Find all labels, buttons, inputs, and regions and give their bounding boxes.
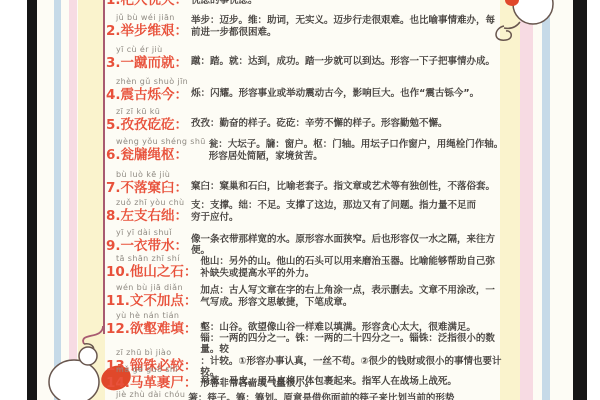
- definition-line: 形容居处简陋，家境贫苦。: [209, 151, 505, 162]
- idiom-entry-2: jǔ bù wéi jiān2.举步维艰：举步：迈步。维：助词，无实义。迈步行走…: [106, 13, 505, 40]
- idiom-head: zī zī kū kū5.孜孜矻矻：: [106, 107, 188, 134]
- idiom-colon: ：: [175, 87, 189, 103]
- stripe-pink-left: [69, 0, 77, 400]
- idiom-word: 孜孜矻矻: [121, 117, 175, 133]
- idiom-number: 1.: [106, 0, 121, 8]
- idiom-entry-8: zuǒ zhī yòu chù8.左支右绌：支：支撑。绌：不足。支撑了这边，那边…: [106, 198, 505, 225]
- idiom-label: 4.震古烁今：: [106, 87, 188, 104]
- idiom-head: yī yī dài shuǐ9.一衣带水：: [106, 228, 188, 255]
- definition-line: 他山：另外的山。他山的石头可以用来磨治玉器。比喻能够帮助自己弥: [200, 256, 505, 267]
- idiom-number: 4.: [106, 87, 121, 103]
- idiom-pinyin: yù hè nán tián: [106, 311, 197, 321]
- idiom-pinyin: zuǒ zhī yòu chù: [106, 198, 188, 208]
- frame-left-bar: [27, 0, 37, 400]
- idiom-pinyin: bù luò kē jiù: [106, 170, 188, 180]
- idiom-number: 11.: [106, 293, 130, 309]
- idiom-pinyin: jǔ bù wéi jiān: [106, 13, 188, 23]
- idiom-entry-7: bù luò kē jiù7.不落窠臼：窠臼：窠巢和石臼，比喻老套子。指文章或艺…: [106, 170, 505, 197]
- idiom-number: 5.: [106, 117, 121, 133]
- idiom-number: 10.: [106, 264, 130, 280]
- idiom-word: 举步维艰: [121, 23, 175, 39]
- definition-line: 忧虑的事忧虑。: [191, 0, 505, 6]
- idiom-head: jǔ bù wéi jiān2.举步维艰：: [106, 13, 188, 40]
- idiom-head: bù luò kē jiù7.不落窠臼：: [106, 170, 188, 197]
- definition-line: 窠臼：窠巢和石臼，比喻老套子。指文章或艺术等有独创性，不落俗套。: [191, 181, 505, 192]
- idiom-label: 8.左支右绌：: [106, 208, 188, 225]
- stripe-blue-left: [54, 0, 61, 400]
- idiom-definition: 壑：山谷。欲望像山谷一样难以填满。形容贪心太大，很难满足。: [200, 315, 505, 333]
- idiom-word: 左支右绌: [121, 208, 175, 224]
- idiom-label: 5.孜孜矻矻：: [106, 117, 188, 134]
- idiom-label: 2.举步维艰：: [106, 23, 188, 40]
- idiom-entry-3: yī cù ér jiù3.一蹴而就：蹴：踏。就：达到，成功。踏一步就可以到达。…: [106, 45, 505, 72]
- idiom-word: 杞人忧天: [121, 0, 175, 8]
- definition-line: 箸：筷子。筹：筹划。原意是借你面前的筷子来比划当前的形势: [188, 393, 505, 400]
- idiom-definition: 马革：马皮。用马皮将尸体包裹起来。指军人在战场上战死。: [200, 369, 505, 387]
- idiom-label: 3.一蹴而就：: [106, 55, 188, 72]
- idiom-word: 他山之石: [130, 264, 184, 280]
- frame-right-bar: [573, 0, 587, 400]
- idiom-entry-15: jiè zhù dài chóu箸：筷子。筹：筹划。原意是借你面前的筷子来比划当…: [106, 386, 505, 400]
- idiom-definition: 他山：另外的山。他山的石头可以用来磨治玉器。比喻能够帮助自己弥补缺失或提高水平的…: [200, 256, 505, 279]
- idiom-entry-10: tā shān zhī shí10.他山之石：他山：另外的山。他山的石头可以用来…: [106, 254, 505, 281]
- idiom-pinyin: wén bù jiā diǎn: [106, 283, 197, 293]
- idiom-number: 3.: [106, 55, 121, 71]
- definition-line: 孜孜：勤奋的样子。矻矻：辛劳不懈的样子。形容勤勉不懈。: [191, 118, 505, 129]
- idiom-entry-6: wèng yǒu shéng shū6.瓮牖绳枢：瓮：大坛子。牖：窗户。枢：门轴…: [106, 137, 505, 164]
- idiom-definition: 烁：闪耀。形容事业或举动震动古今，影响巨大。也作“震古铄今”。: [191, 81, 505, 99]
- idiom-entry-1: 1.杞人忧天：忧虑的事忧虑。: [106, 0, 505, 9]
- idiom-number: 7.: [106, 180, 121, 196]
- idiom-entry-5: zī zī kū kū5.孜孜矻矻：孜孜：勤奋的样子。矻矻：辛劳不懈的样子。形容…: [106, 107, 505, 134]
- definition-line: 气写成。形容文思敏捷，下笔成章。: [200, 297, 505, 308]
- definition-line: 加点：古人写文章在字的右上角涂一点，表示删去。文章不用涂改，一: [200, 285, 505, 296]
- idiom-definition: 支：支撑。绌：不足。支撑了这边，那边又有了问题。指力量不足而穷于应付。: [191, 200, 505, 223]
- definition-line: 支：支撑。绌：不足。支撑了这边，那边又有了问题。指力量不足而: [191, 200, 505, 211]
- definition-line: 穷于应付。: [191, 212, 505, 223]
- idiom-study-sheet: 1.杞人忧天：忧虑的事忧虑。jǔ bù wéi jiān2.举步维艰：举步：迈步…: [0, 0, 600, 400]
- idiom-word: 震古烁今: [121, 87, 175, 103]
- idiom-number: 2.: [106, 23, 121, 39]
- hanging-string-left: [103, 0, 105, 334]
- idiom-head: tā shān zhī shí10.他山之石：: [106, 254, 197, 281]
- idiom-word: 瓮牖绳枢: [121, 147, 175, 163]
- definition-line: 壑：山谷。欲望像山谷一样难以填满。形容贪心太大，很难满足。: [200, 322, 505, 333]
- stripe-blue-right: [542, 0, 550, 400]
- idiom-colon: ：: [175, 208, 189, 224]
- idiom-pinyin: zī zhū bì jiào: [106, 348, 197, 358]
- idiom-word: 一衣带水: [121, 238, 175, 254]
- idiom-number: 8.: [106, 208, 121, 224]
- idiom-head: 1.杞人忧天：: [106, 0, 188, 9]
- idiom-definition: 举步：迈步。维：助词，无实义。迈步行走很艰难。也比喻事情难办，每前进一步都很困难…: [191, 15, 505, 38]
- outer-margin-right: [587, 0, 600, 400]
- idiom-word: 不落窠臼: [121, 180, 175, 196]
- stripe-pink-right: [520, 0, 533, 400]
- definition-line: 锱：一两的四分之一。铢：一两的二十四分之一。锱铢：泛指很小的数量。较: [200, 333, 505, 356]
- idiom-head: yī cù ér jiù3.一蹴而就：: [106, 45, 188, 72]
- idiom-definition: 孜孜：勤奋的样子。矻矻：辛劳不懈的样子。形容勤勉不懈。: [191, 111, 505, 129]
- definition-line: 瓮：大坛子。牖：窗户。枢：门轴。用坛子口作窗户，用绳栓门作轴。: [209, 139, 505, 150]
- idiom-definition: 加点：古人写文章在字的右上角涂一点，表示删去。文章不用涂改，一气写成。形容文思敏…: [200, 285, 505, 308]
- band-yellow-left: [78, 0, 105, 400]
- idiom-label: 1.杞人忧天：: [106, 0, 188, 9]
- idiom-definition: 忧虑的事忧虑。: [191, 0, 505, 6]
- idiom-definition: 蹴：踏。就：达到，成功。踏一步就可以到达。形容一下子把事情办成。: [191, 49, 505, 67]
- idiom-colon: ：: [184, 264, 198, 280]
- idiom-head: wèng yǒu shéng shū6.瓮牖绳枢：: [106, 137, 206, 164]
- idiom-label: 9.一衣带水：: [106, 238, 188, 255]
- idiom-word: 一蹴而就: [121, 55, 175, 71]
- idiom-pinyin: yī yī dài shuǐ: [106, 228, 188, 238]
- idiom-label: 10.他山之石：: [106, 264, 197, 281]
- idiom-pinyin: jiè zhù dài chóu: [106, 390, 185, 400]
- outer-margin-left: [0, 0, 27, 400]
- idiom-label: 11.文不加点：: [106, 293, 197, 310]
- idiom-label: 6.瓮牖绳枢：: [106, 147, 206, 164]
- idiom-head: wén bù jiā diǎn11.文不加点：: [106, 283, 197, 310]
- idiom-head: zuǒ zhī yòu chù8.左支右绌：: [106, 198, 188, 225]
- idiom-pinyin: zī zī kū kū: [106, 107, 188, 117]
- idiom-colon: ：: [175, 55, 189, 71]
- idiom-pinyin: yī cù ér jiù: [106, 45, 188, 55]
- idiom-label: 7.不落窠臼：: [106, 180, 188, 197]
- idiom-head: jiè zhù dài chóu: [106, 390, 185, 400]
- idiom-colon: ：: [175, 23, 189, 39]
- idiom-entry-4: zhèn gǔ shuò jīn4.震古烁今：烁：闪耀。形容事业或举动震动古今，…: [106, 77, 505, 104]
- idiom-entry-9: yī yī dài shuǐ9.一衣带水：像一条衣带那样宽的水。原形容水面狭窄。…: [106, 227, 505, 257]
- definition-line: 补缺失或提高水平的外力。: [200, 268, 505, 279]
- idiom-colon: ：: [175, 0, 189, 8]
- idiom-pinyin: mǎ gé guǒ shī: [106, 365, 197, 375]
- idiom-colon: ：: [175, 147, 189, 163]
- idiom-head: zhèn gǔ shuò jīn4.震古烁今：: [106, 77, 188, 104]
- idiom-definition: 箸：筷子。筹：筹划。原意是借你面前的筷子来比划当前的形势: [188, 386, 505, 400]
- idiom-definition: 像一条衣带那样宽的水。原形容水面狭窄。后也形容仅一水之隔，来往方便。: [191, 227, 505, 257]
- definition-line: 前进一步都很困难。: [191, 27, 505, 38]
- idiom-entry-11: wén bù jiā diǎn11.文不加点：加点：古人写文章在字的右上角涂一点…: [106, 283, 505, 310]
- idiom-definition: 瓮：大坛子。牖：窗户。枢：门轴。用坛子口作窗户，用绳栓门作轴。形容居处简陋，家境…: [209, 139, 505, 162]
- idiom-colon: ：: [175, 238, 189, 254]
- idiom-definition: 窠臼：窠巢和石臼，比喻老套子。指文章或艺术等有独创性，不落俗套。: [191, 174, 505, 192]
- definition-line: 烁：闪耀。形容事业或举动震动古今，影响巨大。也作“震古铄今”。: [191, 88, 505, 99]
- idiom-number: 9.: [106, 238, 121, 254]
- idiom-colon: ：: [175, 117, 189, 133]
- definition-line: 举步：迈步。维：助词，无实义。迈步行走很艰难。也比喻事情难办，每: [191, 15, 505, 26]
- idiom-pinyin: wèng yǒu shéng shū: [106, 137, 206, 147]
- idiom-pinyin: tā shān zhī shí: [106, 254, 197, 264]
- idiom-colon: ：: [184, 293, 198, 309]
- idiom-word: 文不加点: [130, 293, 184, 309]
- idiom-pinyin: zhèn gǔ shuò jīn: [106, 77, 188, 87]
- idiom-number: 6.: [106, 147, 121, 163]
- definition-line: 蹴：踏。就：达到，成功。踏一步就可以到达。形容一下子把事情办成。: [191, 56, 505, 67]
- idiom-colon: ：: [175, 180, 189, 196]
